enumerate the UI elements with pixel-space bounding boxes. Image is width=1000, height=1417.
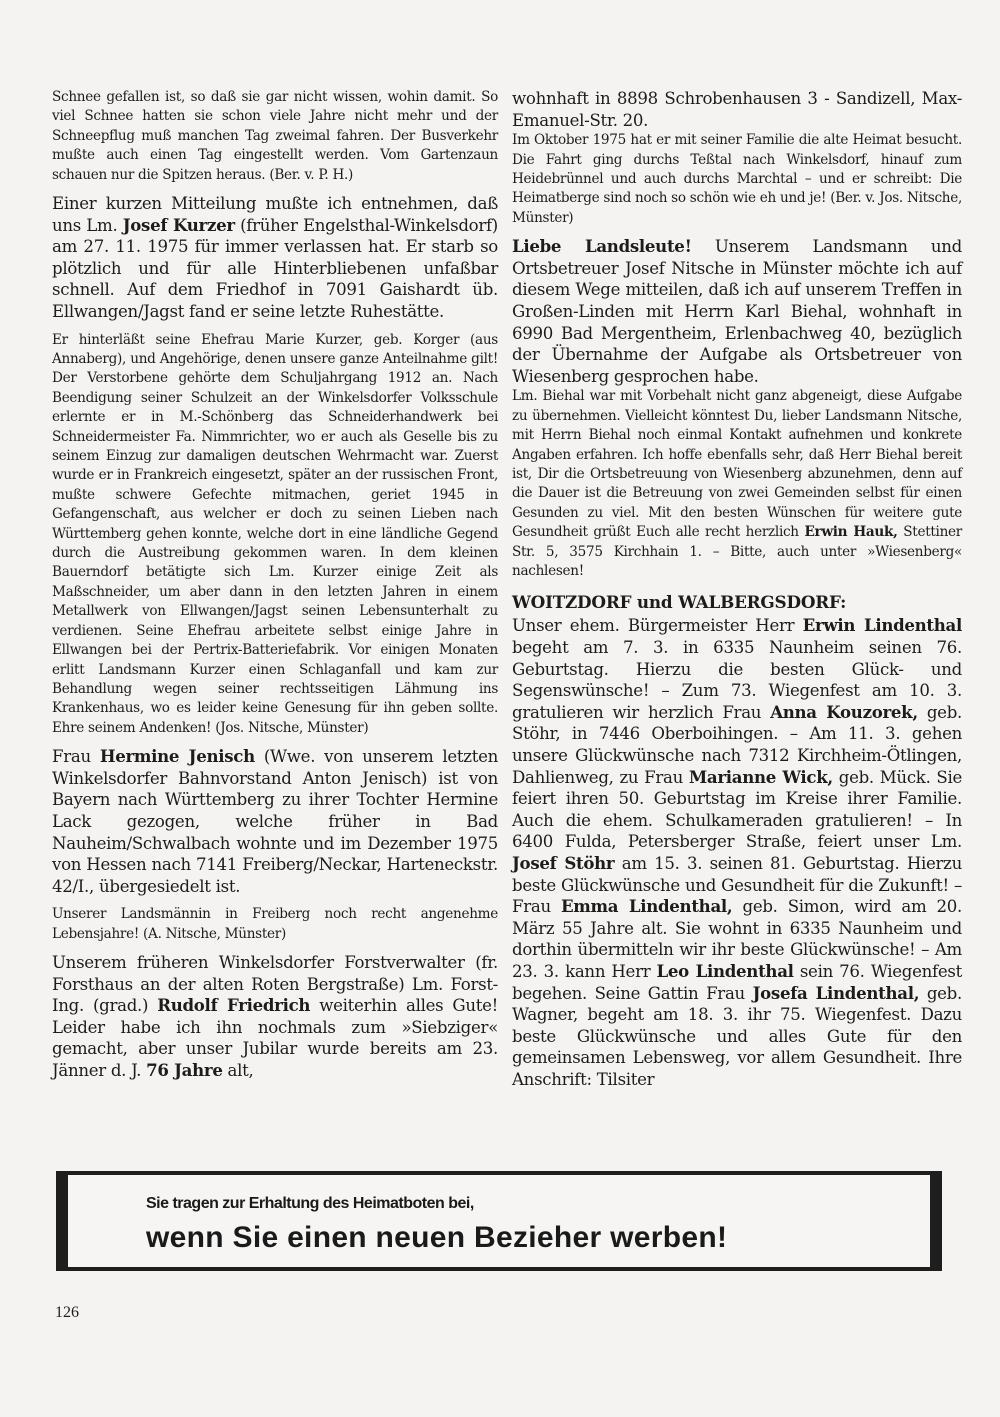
person-name: Rudolf Friedrich <box>157 995 310 1015</box>
person-name: Hermine Jenisch <box>100 746 255 766</box>
person-name: Erwin Hauk, <box>804 524 897 540</box>
birthday-list-paragraph: Unser ehem. Bürgermeister Herr Erwin Lin… <box>512 615 962 1090</box>
person-name: Leo Lindenthal <box>657 961 794 981</box>
section-heading: WOITZDORF und WALBERGSDORF: <box>512 591 962 613</box>
age-highlight: 76 Jahre <box>146 1060 222 1080</box>
homeland-visit-paragraph: Im Oktober 1975 hat er mit seiner Famili… <box>512 131 962 228</box>
advert-line-1: Sie tragen zur Erhaltung des Heimatboten… <box>146 1195 474 1213</box>
obituary-kurzer-paragraph: Einer kurzen Mitteilung mußte ich entneh… <box>52 193 498 323</box>
left-column: Schnee gefallen ist, so daß sie gar nich… <box>52 88 498 1082</box>
person-name: Josefa Lindenthal, <box>753 983 920 1003</box>
person-name: Emma Lindenthal, <box>561 896 732 916</box>
page-number: 126 <box>55 1304 79 1322</box>
advert-line-2: wenn Sie einen neuen Bezieher werben! <box>146 1221 727 1255</box>
person-name: Anna Kouzorek, <box>770 702 918 722</box>
jenisch-wishes-paragraph: Unserer Landsmännin in Freiberg noch rec… <box>52 905 498 944</box>
obituary-kurzer-details: Er hinterläßt seine Ehefrau Marie Kurzer… <box>52 331 498 739</box>
friedrich-birthday-paragraph: Unserem früheren Winkelsdorfer Forstverw… <box>52 952 498 1082</box>
person-name: Josef Stöhr <box>512 853 614 873</box>
letter-intro-paragraph: Liebe Landsleute! Unserem Landsmann und … <box>512 236 962 387</box>
person-name: Josef Kurzer <box>123 215 235 235</box>
snow-report-paragraph: Schnee gefallen ist, so daß sie gar nich… <box>52 88 498 185</box>
salutation: Liebe Landsleute! <box>512 236 692 256</box>
subscription-advert-box: Sie tragen zur Erhaltung des Heimatboten… <box>56 1171 942 1271</box>
person-name: Erwin Lindenthal <box>803 615 962 635</box>
letter-body-paragraph: Lm. Biehal war mit Vorbehalt nicht ganz … <box>512 387 962 581</box>
jenisch-relocation-paragraph: Frau Hermine Jenisch (Wwe. von unserem l… <box>52 746 498 897</box>
address-paragraph: wohnhaft in 8898 Schrobenhausen 3 - Sand… <box>512 88 962 131</box>
right-column: wohnhaft in 8898 Schrobenhausen 3 - Sand… <box>512 88 962 1091</box>
person-name: Marianne Wick, <box>689 767 833 787</box>
